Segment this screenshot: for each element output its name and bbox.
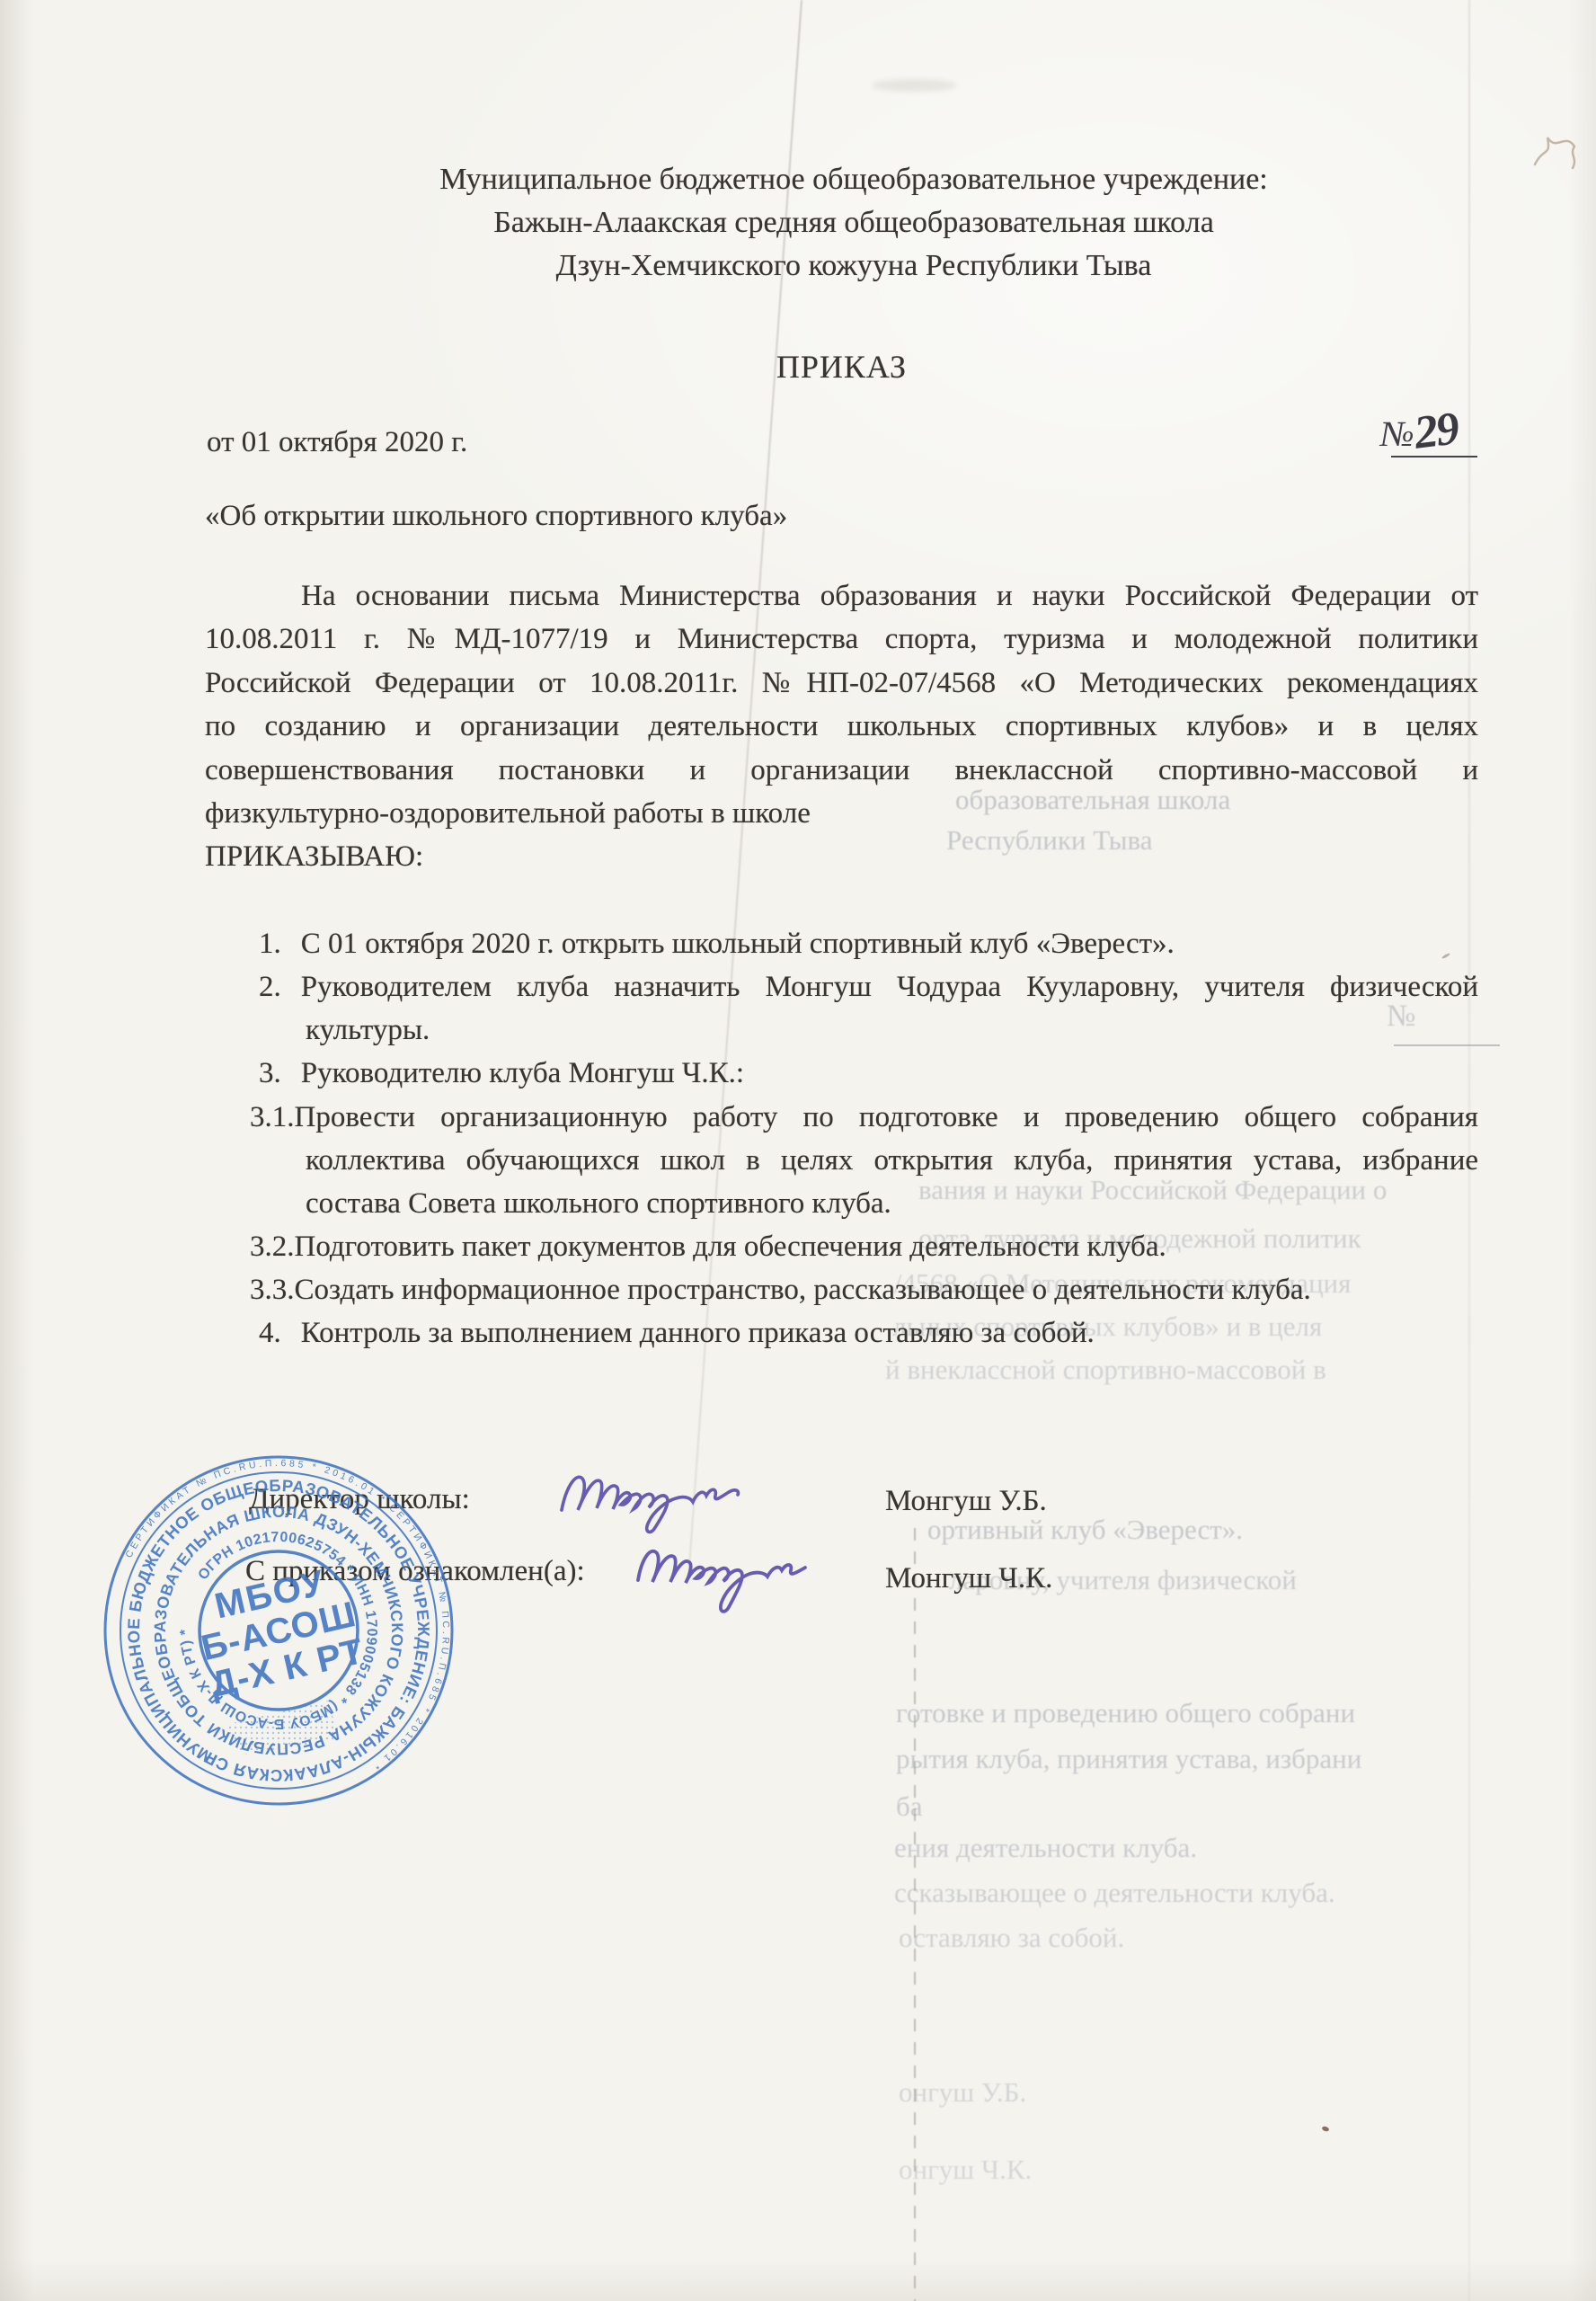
acknowledged-signature: [629, 1521, 836, 1624]
list-item-number: 3.1.: [250, 1097, 295, 1137]
org-header-line1: Муниципальное бюджетное общеобразователь…: [225, 158, 1483, 201]
doc-number-handwritten: 29: [1411, 402, 1460, 459]
org-header-line3: Дзун-Хемчикского кожууна Республики Тыва: [225, 244, 1483, 288]
list-item: 3.3.Создать информационное пространство,…: [250, 1270, 1311, 1310]
scanned-order-document: { "document": { "header": { "line1": "Му…: [0, 0, 1596, 2301]
doc-number: №29: [1380, 404, 1458, 458]
acknowledged-name: Монгуш Ч.К.: [885, 1559, 1052, 1598]
ghost-number-underline: [1394, 1044, 1500, 1046]
ghost-text-line: рытия клуба, принятия устава, избрани: [896, 1743, 1361, 1775]
paragraph-line: по созданию и организации деятельности ш…: [205, 706, 1478, 746]
director-name: Монгуш У.Б.: [885, 1481, 1047, 1521]
list-item-continuation: состава Совета школьного спортивного клу…: [306, 1184, 891, 1223]
list-item: 3.Руководителю клуба Монгуш Ч.К.:: [259, 1053, 744, 1093]
ghost-text-line: Республики Тыва: [946, 824, 1152, 857]
doc-number-underline: [1391, 456, 1477, 458]
scratch-mark: [1441, 953, 1450, 960]
ghost-text-line: онгуш Ч.К.: [899, 2154, 1032, 2186]
ghost-text-line: оставляю за собой.: [899, 1922, 1124, 1954]
ghost-text-line: онгуш У.Б.: [899, 2076, 1026, 2109]
paragraph-line: Российской Федерации от 10.08.2011г. №НП…: [205, 663, 1478, 703]
list-item-continuation: коллектива обучающихся школ в целях откр…: [306, 1141, 1478, 1180]
ghost-text-line: ения деятельности клуба.: [894, 1832, 1197, 1864]
list-item-number: 4.: [259, 1313, 281, 1353]
list-item-continuation: культуры.: [306, 1010, 430, 1050]
list-item: 3.1.Провести организационную работу по п…: [250, 1097, 1478, 1137]
list-item: 2.Руководителем клуба назначить Монгуш Ч…: [259, 967, 1478, 1007]
paragraph-line: физкультурно-оздоровительной работы в шк…: [205, 794, 811, 833]
list-item-number: 2.: [259, 967, 281, 1007]
numero-sign: №: [1380, 413, 1414, 454]
paragraph-line: 10.08.2011 г. №МД-1077/19 и Министерства…: [205, 619, 1478, 659]
list-item: 3.2.Подготовить пакет документов для обе…: [250, 1227, 1166, 1266]
ghost-text-line: ба: [896, 1790, 923, 1823]
doc-date: от 01 октября 2020 г.: [207, 422, 467, 462]
ghost-text-line: й внеклассной спортивно-массовой в: [885, 1354, 1326, 1386]
paragraph-line: На основании письма Министерства образов…: [301, 576, 1478, 616]
corner-pencil-scribble: [1528, 121, 1591, 184]
top-smudge: [872, 79, 957, 92]
list-item-number: 1.: [259, 924, 281, 964]
list-item-number: 3.2.: [250, 1227, 295, 1266]
official-round-stamp: СЕРТИФИКАТ № ПС.RU.П.685 * 2016.01 * СЕР…: [99, 1451, 458, 1810]
list-item-number: 3.: [259, 1053, 281, 1093]
doc-title: ПРИКАЗ: [205, 347, 1478, 386]
paragraph-line: совершенствования постановки и организац…: [205, 751, 1478, 790]
list-item: 4.Контроль за выполнением данного приказ…: [259, 1313, 1095, 1353]
ink-speck: [1321, 2126, 1329, 2132]
ghost-text-line: готовке и проведению общего собрани: [896, 1697, 1355, 1729]
list-item-number: 3.3.: [250, 1270, 295, 1310]
ghost-text-line: ссказывающее о деятельности клуба.: [894, 1877, 1335, 1909]
org-header: Муниципальное бюджетное общеобразователь…: [225, 158, 1483, 288]
list-item: 1.С 01 октября 2020 г. открыть школьный …: [259, 924, 1175, 964]
resolve-word: ПРИКАЗЫВАЮ:: [205, 837, 423, 876]
org-header-line2: Бажын-Алаакская средняя общеобразователь…: [225, 201, 1483, 244]
doc-subject: «Об открытии школьного спортивного клуба…: [205, 496, 787, 536]
